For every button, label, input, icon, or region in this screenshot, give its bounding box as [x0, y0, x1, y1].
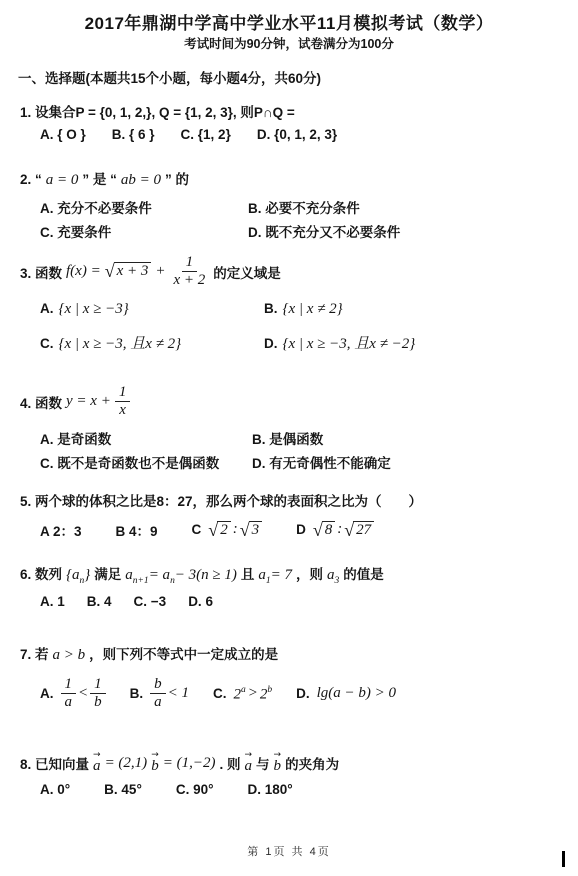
q1-option-b: B. { 6 } — [112, 127, 155, 142]
q7-option-d-body: lg(a − b) > 0 — [317, 685, 396, 702]
q5-option-c: C √2 : √3 — [192, 521, 263, 540]
q7-b-n: b — [150, 676, 166, 694]
q7-c-rel: > — [248, 685, 258, 702]
q7-frac-1-over-b: 1b — [90, 676, 106, 712]
question-6-stem: 6. 数列 {an} 满足 an+1= an− 3(n ≥ 1) 且 a1= 7… — [20, 563, 570, 586]
q4-option-b: B. 是偶函数 — [252, 428, 570, 448]
q8-option-b: B. 45° — [104, 782, 142, 797]
q3-frac-den: x + 2 — [170, 272, 210, 289]
q3-sqrt: √ x + 3 — [105, 262, 152, 281]
q3-frac-num: 1 — [182, 254, 198, 272]
q5-sqrt-8-radicand: 8 — [322, 521, 336, 539]
q3-stem-lead: 3. 函数 — [20, 262, 62, 282]
question-7-stem: 7. 若 a > b ，则下列不等式中一定成立的是 — [20, 643, 570, 664]
exam-subtitle: 考试时间为90分钟，试卷满分为100分 — [0, 34, 578, 52]
question-6: 6. 数列 {an} 满足 an+1= an− 3(n ≥ 1) 且 a1= 7… — [20, 563, 570, 609]
q7-a-n1: 1 — [61, 676, 77, 694]
q6-t1-sub: 3 — [335, 576, 340, 586]
question-3-stem: 3. 函数 f(x) = √ x + 3 + 1 x + 2 的定义域是 — [20, 254, 570, 290]
q6-i1: a — [258, 567, 266, 583]
q7-a-rel: < — [78, 685, 88, 702]
q3-option-a-body: {x | x ≥ −3} — [59, 301, 129, 317]
q1-option-a: A. { O } — [40, 127, 86, 142]
q4-stem-lead: 4. 函数 — [20, 392, 62, 412]
question-2: 2. “ a = 0 ” 是 “ ab = 0 ” 的 A. 充分不必要条件 B… — [20, 168, 570, 241]
q7-c-e1: a — [241, 685, 246, 695]
q7-a-d1: a — [61, 694, 77, 711]
q6-r2: = a — [149, 567, 170, 583]
q8-vec-a-ref-letter: a — [245, 759, 253, 774]
q8-vec-a-letter: a — [93, 759, 101, 774]
q2-math-ab-eq-0: ab = 0 — [121, 172, 161, 189]
q3-option-b-label: B. — [264, 301, 278, 316]
question-6-options: A. 1 B. 4 C. −3 D. 6 — [20, 594, 570, 609]
q2-option-a: A. 充分不必要条件 — [40, 197, 248, 217]
q7-option-d-label: D. — [296, 686, 310, 701]
q7-option-c: C. 2a > 2b — [213, 685, 272, 703]
q5-option-c-label: C — [192, 522, 202, 537]
q3-option-b-body: {x | x ≠ 2} — [283, 301, 343, 317]
q7-option-a: A. 1a < 1b — [40, 676, 106, 712]
q3-option-d: D.{x | x ≥ −3, 且x ≠ −2} — [264, 332, 570, 353]
q5-option-d-label: D — [296, 522, 306, 537]
q6-initial-term: a1= 7 — [258, 566, 292, 586]
question-1-options: A. { O } B. { 6 } C. {1, 2} D. {0, 1, 2,… — [20, 127, 570, 142]
q6-option-d: D. 6 — [188, 594, 213, 609]
q5-sqrt-2-radicand: 2 — [217, 521, 231, 539]
q7-stem-tail: ，则下列不等式中一定成立的是 — [89, 643, 278, 663]
q6-recurrence: an+1= an− 3(n ≥ 1) — [125, 566, 237, 586]
q2-option-b: B. 必要不充分条件 — [248, 197, 570, 217]
question-7: 7. 若 a > b ，则下列不等式中一定成立的是 A. 1a < 1b B. … — [20, 643, 570, 712]
exam-title: 2017年鼎湖中学高中学业水平11月模拟考试（数学） — [0, 9, 578, 34]
cursor-artifact-mark — [562, 851, 565, 867]
q7-option-b: B. ba < 1 — [130, 676, 189, 712]
q5-sqrt-2: √2 — [208, 521, 230, 540]
q3-fraction: 1 x + 2 — [170, 254, 210, 290]
q7-option-a-label: A. — [40, 686, 54, 701]
question-4-options: A. 是奇函数 B. 是偶函数 C. 既不是奇函数也不是偶函数 D. 有无奇偶性… — [20, 428, 570, 472]
q3-option-a-label: A. — [40, 301, 54, 316]
question-1: 1. 设集合P = {0, 1, 2,}, Q = {1, 2, 3}, 则P∩… — [20, 101, 570, 142]
q8-vec-a-value: = (2,1) — [105, 755, 148, 772]
q6-sequence-an: {an} — [66, 566, 90, 586]
page-number: 第 1页 共 4页 — [0, 843, 578, 859]
q7-option-b-label: B. — [130, 686, 144, 701]
q5-d-colon: : — [337, 521, 342, 538]
q8-stem-conj: 与 — [256, 753, 270, 773]
question-8: 8. 已知向量 →a = (2,1) →b = (1,−2) . 则 →a 与 … — [20, 752, 570, 797]
q3-plus: + — [155, 263, 165, 280]
exam-page: 2017年鼎湖中学高中学业水平11月模拟考试（数学） 考试时间为90分钟，试卷满… — [0, 0, 578, 876]
question-1-stem: 1. 设集合P = {0, 1, 2,}, Q = {1, 2, 3}, 则P∩… — [20, 101, 570, 121]
q4-y-eq: y = x + — [66, 393, 111, 410]
q8-option-d: D. 180° — [248, 782, 293, 797]
q3-option-c: C.{x | x ≥ −3, 且x ≠ 2} — [40, 332, 264, 353]
q8-stem-lead: 8. 已知向量 — [20, 753, 89, 773]
q3-stem-tail: 的定义域是 — [213, 262, 281, 282]
q7-frac-b-over-a: ba — [150, 676, 166, 712]
q1-option-c: C. {1, 2} — [181, 127, 231, 142]
question-3: 3. 函数 f(x) = √ x + 3 + 1 x + 2 的定义域是 A.{… — [20, 254, 570, 353]
q8-stem-mid: . 则 — [219, 753, 240, 773]
q2-stem-mid: ” 是 “ — [82, 168, 117, 188]
question-2-options: A. 充分不必要条件 B. 必要不充分条件 C. 充要条件 D. 既不充分又不必… — [20, 197, 570, 241]
question-7-options: A. 1a < 1b B. ba < 1 C. 2a > 2b D. lg(a … — [20, 676, 570, 712]
q7-c-e2: b — [267, 685, 272, 695]
q5-sqrt-3: √3 — [240, 521, 262, 540]
q7-option-d: D. lg(a − b) > 0 — [296, 685, 396, 702]
q5-sqrt-27: √27 — [344, 521, 374, 540]
q5-option-d: D √8 : √27 — [296, 521, 374, 540]
question-4: 4. 函数 y = x + 1 x A. 是奇函数 B. 是偶函数 C. 既不是… — [20, 384, 570, 472]
q2-option-c: C. 充要条件 — [40, 221, 248, 241]
q6-option-c: C. −3 — [134, 594, 167, 609]
q8-vector-b: →b — [151, 752, 159, 774]
q5-sqrt-3-radicand: 3 — [249, 521, 263, 539]
q6-r3: − 3(n ≥ 1) — [175, 567, 237, 583]
q3-option-d-body: {x | x ≥ −3, 且x ≠ −2} — [283, 336, 416, 352]
question-5-options: A 2：3 B 4：9 C √2 : √3 D √8 : √27 — [20, 520, 570, 540]
section-heading: 一、选择题(本题共15个小题，每小题4分，共60分) — [18, 67, 321, 87]
q7-a-d2: b — [90, 694, 106, 711]
q7-condition: a > b — [53, 647, 86, 664]
q6-stem-mid1: 满足 — [94, 563, 121, 583]
q5-option-a: A 2：3 — [40, 520, 82, 540]
q3-option-c-body: {x | x ≥ −3, 且x ≠ 2} — [59, 336, 182, 352]
q6-target-term: a3 — [327, 566, 339, 586]
q6-t1: a — [327, 567, 335, 583]
q6-seq-close: } — [84, 567, 90, 583]
q6-option-a: A. 1 — [40, 594, 65, 609]
q8-stem-tail: 的夹角为 — [285, 753, 339, 773]
q6-stem-mid2: 且 — [241, 563, 255, 583]
q3-radicand: x + 3 — [114, 262, 152, 280]
q2-stem-post: ” 的 — [165, 168, 189, 188]
question-8-options: A. 0° B. 45° C. 90° D. 180° — [20, 782, 570, 797]
q1-option-d: D. {0, 1, 2, 3} — [257, 127, 337, 142]
q6-r1: a — [125, 567, 133, 583]
q7-b-d: a — [150, 694, 166, 711]
question-5-stem: 5. 两个球的体积之比是8：27，那么两个球的表面积之比为（ ） — [20, 490, 570, 510]
q2-stem-pre: 2. “ — [20, 172, 42, 187]
q3-option-a: A.{x | x ≥ −3} — [40, 300, 264, 318]
q4-fraction: 1 x — [115, 384, 131, 420]
q2-math-a-eq-0: a = 0 — [46, 172, 79, 189]
q5-c-colon: : — [233, 521, 238, 538]
q3-option-c-label: C. — [40, 336, 54, 351]
q7-option-c-label: C. — [213, 686, 227, 701]
q6-stem-lead: 6. 数列 — [20, 563, 62, 583]
q4-option-d: D. 有无奇偶性不能确定 — [252, 452, 570, 472]
q3-option-d-label: D. — [264, 336, 278, 351]
q7-power-2a: 2a — [234, 685, 246, 703]
q4-option-c: C. 既不是奇函数也不是偶函数 — [40, 452, 252, 472]
q4-option-a: A. 是奇函数 — [40, 428, 252, 448]
q7-c-b1: 2 — [234, 686, 242, 702]
q6-i2: = 7 — [271, 567, 292, 583]
q7-frac-1-over-a: 1a — [61, 676, 77, 712]
question-3-options: A.{x | x ≥ −3} B.{x | x ≠ 2} C.{x | x ≥ … — [20, 300, 570, 353]
q8-vec-b-value: = (1,−2) — [163, 755, 216, 772]
q2-option-d: D. 既不充分又不必要条件 — [248, 221, 570, 241]
q8-vector-a-ref: →a — [244, 752, 252, 774]
q6-r1-sub: n+1 — [133, 576, 149, 586]
q7-b-rest: < 1 — [168, 685, 189, 702]
q8-vector-b-ref: →b — [274, 752, 282, 774]
q7-stem-lead: 7. 若 — [20, 643, 49, 663]
q6-seq-a: a — [72, 567, 80, 583]
q5-sqrt-8: √8 — [313, 521, 335, 540]
q8-vector-a: →a — [93, 752, 101, 774]
q3-option-b: B.{x | x ≠ 2} — [264, 300, 570, 318]
q8-vec-b-letter: b — [151, 759, 159, 774]
q8-option-c: C. 90° — [176, 782, 214, 797]
q7-a-n2: 1 — [90, 676, 106, 694]
q6-stem-tail: 的值是 — [343, 563, 384, 583]
q5-option-b: B 4：9 — [116, 520, 158, 540]
q3-fx: f(x) = — [66, 263, 101, 280]
question-5: 5. 两个球的体积之比是8：27，那么两个球的表面积之比为（ ） A 2：3 B… — [20, 490, 570, 540]
q6-option-b: B. 4 — [87, 594, 112, 609]
question-4-stem: 4. 函数 y = x + 1 x — [20, 384, 570, 420]
q4-frac-den: x — [115, 402, 130, 419]
q6-stem-mid3: ，则 — [296, 563, 323, 583]
q8-option-a: A. 0° — [40, 782, 70, 797]
q8-vec-b-ref-letter: b — [274, 759, 282, 774]
q7-power-2b: 2b — [260, 685, 272, 703]
question-2-stem: 2. “ a = 0 ” 是 “ ab = 0 ” 的 — [20, 168, 570, 189]
q4-frac-num: 1 — [115, 384, 131, 402]
question-8-stem: 8. 已知向量 →a = (2,1) →b = (1,−2) . 则 →a 与 … — [20, 752, 570, 774]
q5-sqrt-27-radicand: 27 — [353, 521, 374, 539]
